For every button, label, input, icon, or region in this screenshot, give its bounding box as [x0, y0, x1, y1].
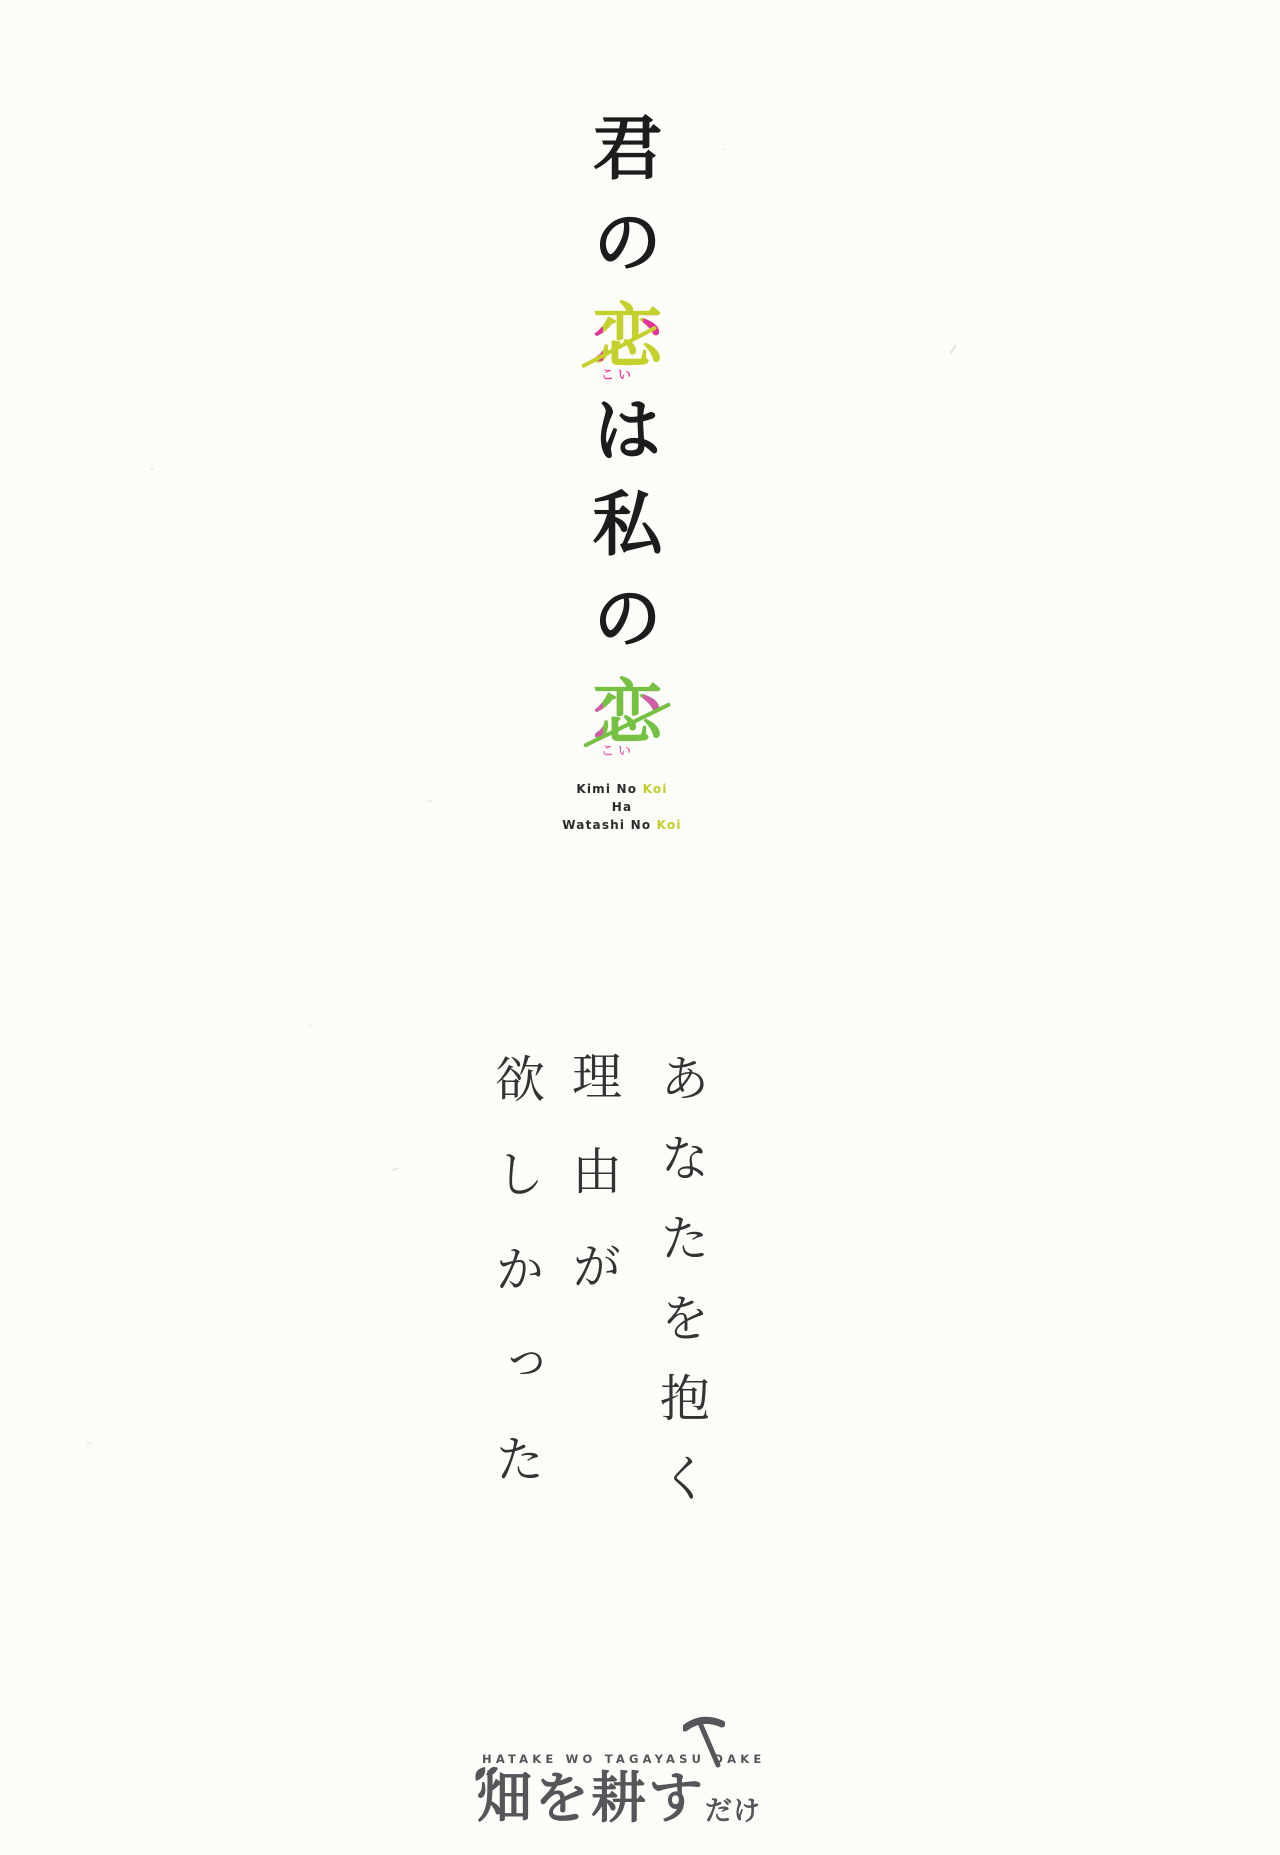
furigana-koi-1: こい — [601, 369, 635, 382]
title-char-koi-2: 恋こい — [581, 675, 664, 769]
furigana-koi-2: こい — [601, 745, 635, 758]
circle-logo-romaji: HATAKE WO TAGAYASU DAKE — [477, 1752, 777, 1766]
romanization-line-1: Kimi No Koi — [562, 780, 681, 798]
title-char-ha: は — [581, 393, 664, 487]
scan-speck — [310, 1023, 313, 1026]
romanization-line-3: Watashi No Koi — [562, 816, 681, 834]
tagline-column-3: 欲しかった — [491, 1053, 541, 1528]
romanization-line-2: Ha — [562, 798, 681, 816]
circle-logo-main: 畑を耕す だけ — [477, 1771, 777, 1826]
romanization-line-3-text: Watashi No — [562, 818, 656, 832]
scan-speck — [86, 1441, 92, 1444]
title-char-no-2: の — [581, 581, 664, 675]
scan-speck — [392, 1167, 399, 1171]
leaf-icon — [473, 1763, 499, 1783]
doujin-cover-page: 君の恋こいは私の恋こい Kimi No Koi Ha Watashi No Ko… — [0, 0, 1280, 1855]
main-title: 君の恋こいは私の恋こい — [587, 111, 657, 769]
romanization-line-2-text: Ha — [612, 800, 633, 814]
circle-logo: HATAKE WO TAGAYASU DAKE 畑を耕す だけ — [477, 1752, 777, 1826]
circle-logo-kanji: 畑を耕す — [477, 1771, 705, 1826]
romanization-line-1-accent: Koi — [643, 782, 668, 796]
title-char-watashi: 私 — [581, 487, 664, 581]
romanization-line-1-text: Kimi No — [576, 782, 642, 796]
scan-speck — [150, 468, 154, 470]
title-char-koi-1: 恋こい — [581, 299, 664, 393]
title-char-kimi: 君 — [581, 111, 664, 205]
romanization-line-3-accent: Koi — [657, 818, 682, 832]
tagline-column-1: あなたを抱く — [656, 1052, 706, 1532]
pickaxe-icon — [683, 1714, 725, 1768]
title-romanization: Kimi No Koi Ha Watashi No Koi — [562, 780, 681, 834]
title-char-no-1: の — [581, 205, 664, 299]
scan-speck — [950, 344, 957, 353]
scan-speck — [427, 799, 432, 803]
tagline-column-2: 理由が — [568, 1050, 618, 1335]
circle-logo-suffix: だけ — [705, 1798, 761, 1825]
scan-speck — [722, 148, 725, 150]
